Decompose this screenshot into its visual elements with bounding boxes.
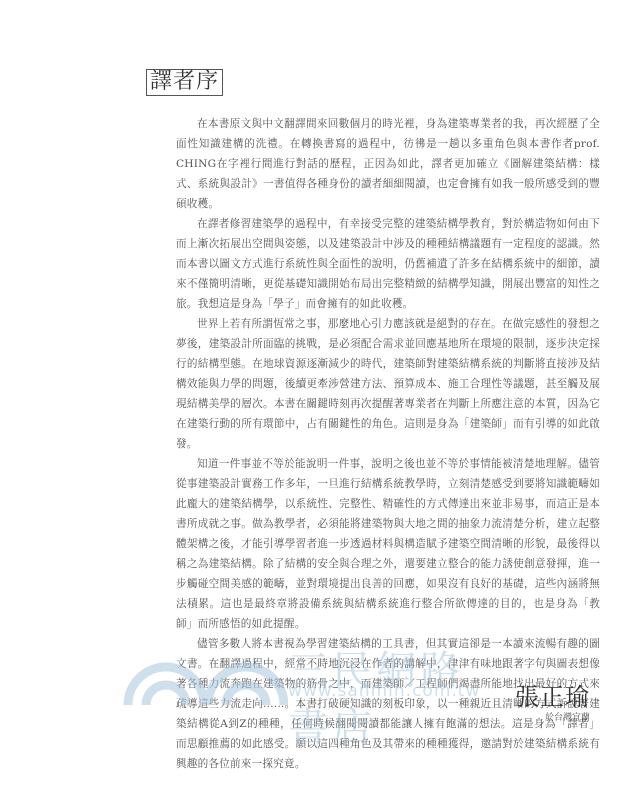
signature-name: 張正瑜 — [515, 683, 590, 711]
signature-place: 於台灣宜蘭 — [515, 711, 590, 725]
preface-body: 在本書原文與中文翻譯間來回數個月的時光裡，身為建築專業者的我，再次經歷了全面性知… — [176, 114, 600, 774]
paragraph: 在譯者修習建築學的過程中，有幸接受完整的建築結構學教育，對於構造物如何由下而上漸… — [176, 214, 600, 314]
paragraph: 知道一件事並不等於能說明一件事，說明之後也並不等於事情能被清楚地理解。儘管從事建… — [176, 454, 600, 634]
paragraph: 世界上若有所謂恆常之事，那麼地心引力應該就是絕對的存在。在做完感性的發想之夢後，… — [176, 314, 600, 454]
paragraph: 在本書原文與中文翻譯間來回數個月的時光裡，身為建築專業者的我，再次經歷了全面性知… — [176, 114, 600, 214]
page-title: 譯者序 — [146, 69, 223, 96]
signature: 張正瑜 於台灣宜蘭 — [515, 683, 590, 725]
